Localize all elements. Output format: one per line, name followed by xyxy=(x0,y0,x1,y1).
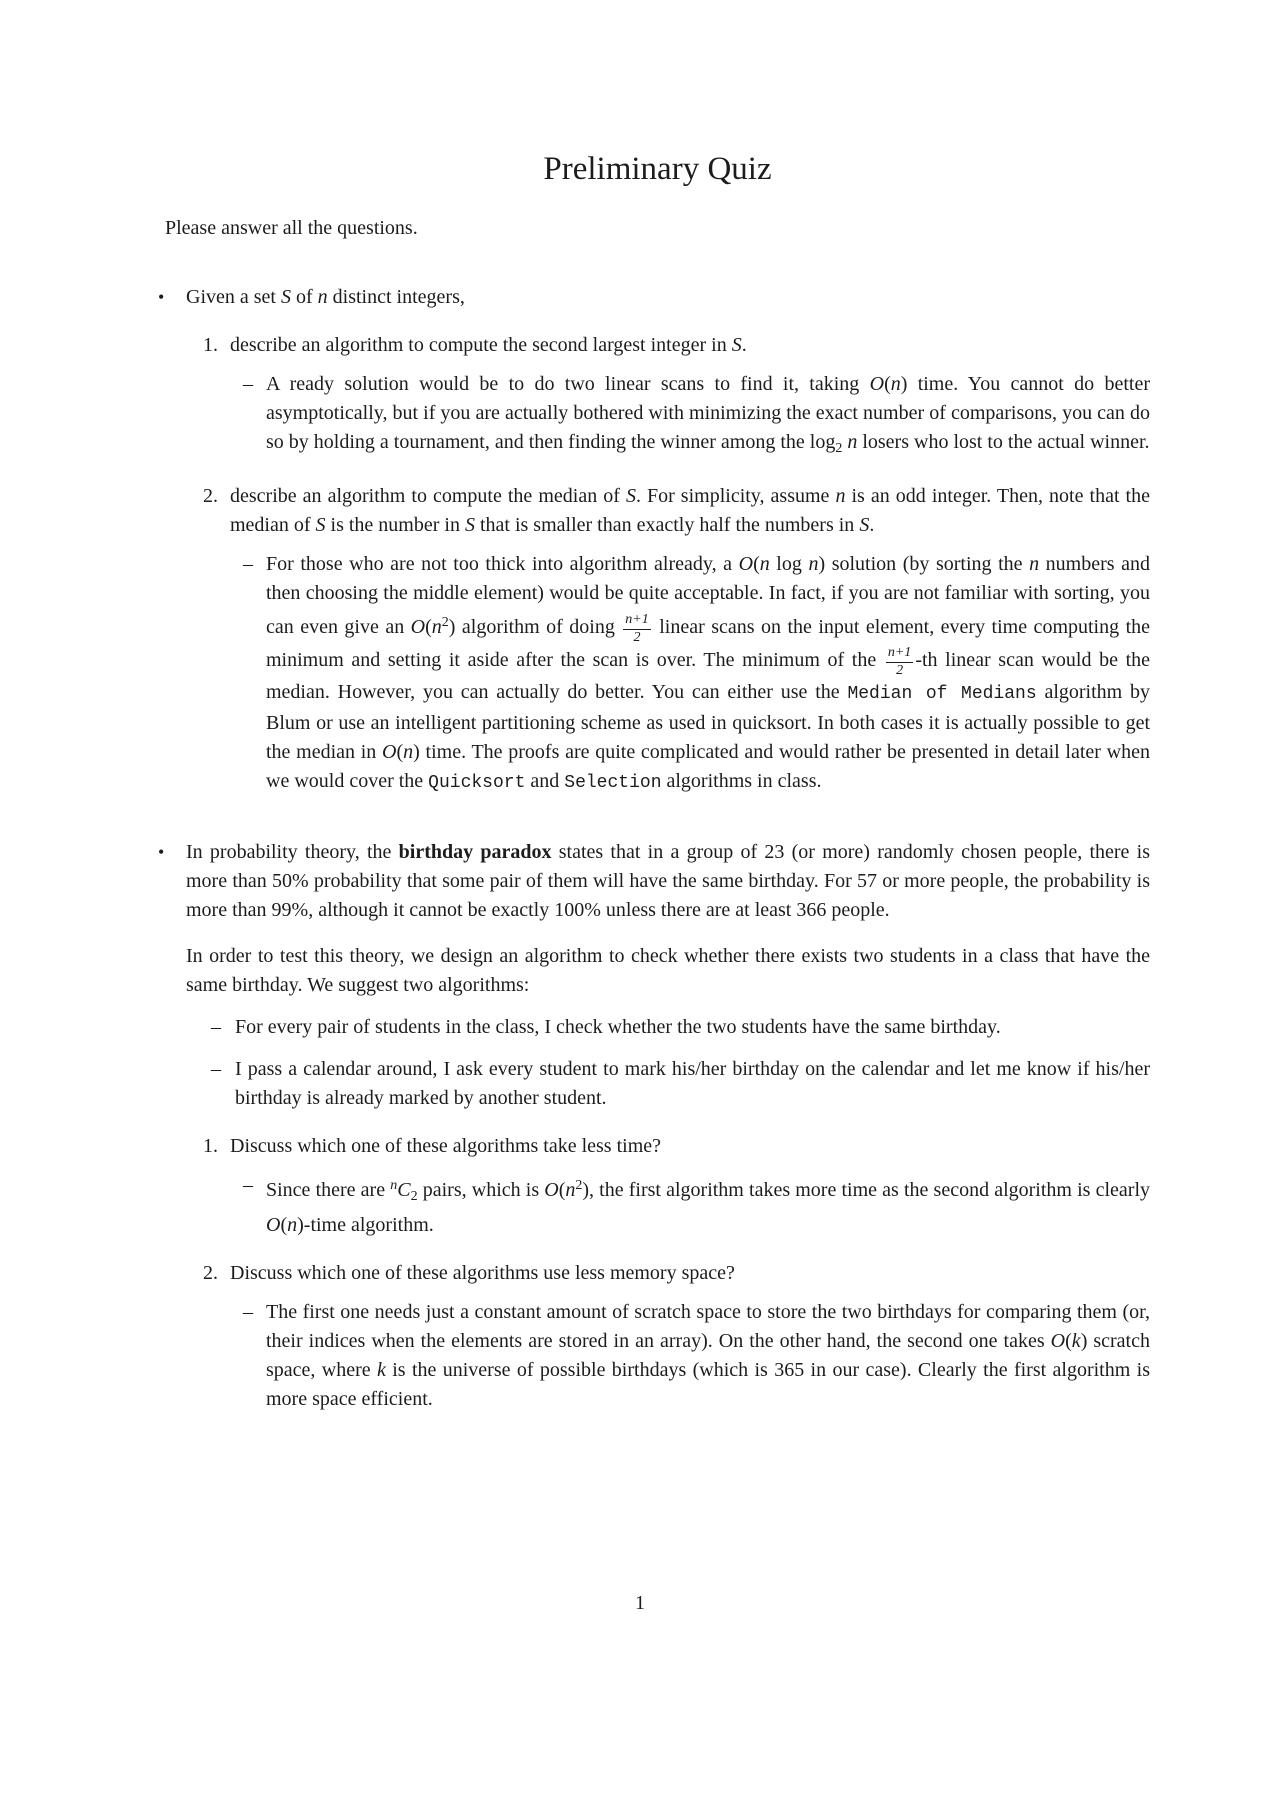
inline-fraction: n+12 xyxy=(886,646,913,678)
math-text: S xyxy=(316,514,326,536)
page-number: 1 xyxy=(0,1592,1280,1615)
numbered-item: 1.Discuss which one of these algorithms … xyxy=(165,1132,1150,1161)
dash-item: –For those who are not too thick into al… xyxy=(165,550,1150,798)
math-text: n xyxy=(287,1214,297,1236)
math-text: 2 xyxy=(442,615,449,630)
math-text: S xyxy=(732,334,742,356)
dash-marker: – xyxy=(243,1171,253,1200)
item-number: 1. xyxy=(203,331,218,360)
text-column: Preliminary Quiz Please answer all the q… xyxy=(165,0,1150,1414)
math-text: k xyxy=(1072,1330,1081,1352)
dash-item: –Since there are nC2 pairs, which is O(n… xyxy=(165,1171,1150,1240)
math-text: O xyxy=(382,741,396,763)
intro-paragraph: Please answer all the questions. xyxy=(165,214,1150,243)
dash-item: –I pass a calendar around, I ask every s… xyxy=(165,1055,1150,1113)
dash-marker: – xyxy=(243,550,253,579)
math-text: O xyxy=(739,553,753,575)
math-text: n xyxy=(403,741,413,763)
item-number: 1. xyxy=(203,1132,218,1161)
bullet-marker: • xyxy=(158,283,164,312)
math-text: k xyxy=(377,1359,386,1381)
math-text: n xyxy=(318,286,328,308)
math-text: O xyxy=(266,1214,280,1236)
code-text: Quicksort xyxy=(428,773,525,793)
math-text: S xyxy=(281,286,291,308)
numbered-item: 2.Discuss which one of these algorithms … xyxy=(165,1259,1150,1288)
math-text: O xyxy=(870,373,884,395)
math-text: 2 xyxy=(575,1178,582,1193)
document-body: •Given a set S of n distinct integers,1.… xyxy=(165,283,1150,1414)
bullet-item: •Given a set S of n distinct integers, xyxy=(165,283,1150,312)
math-text: n xyxy=(432,616,442,638)
dash-item: –For every pair of students in the class… xyxy=(165,1013,1150,1042)
dash-marker: – xyxy=(211,1013,221,1042)
math-text: n xyxy=(847,431,857,453)
dash-marker: – xyxy=(211,1055,221,1084)
dash-marker: – xyxy=(243,370,253,399)
math-text: n xyxy=(891,373,901,395)
math-text: O xyxy=(1051,1330,1065,1352)
math-text: O xyxy=(411,616,425,638)
page-title: Preliminary Quiz xyxy=(165,150,1150,188)
bullet-item: •In probability theory, the birthday par… xyxy=(165,838,1150,925)
math-text: n xyxy=(565,1179,575,1201)
item-number: 2. xyxy=(203,482,218,511)
code-text: Selection xyxy=(564,773,661,793)
math-text: C xyxy=(397,1179,410,1201)
math-text: n xyxy=(1029,553,1039,575)
numbered-item: 2.describe an algorithm to compute the m… xyxy=(165,482,1150,540)
inline-fraction: n+12 xyxy=(623,613,650,645)
math-text: birthday paradox xyxy=(399,841,552,863)
math-text: n xyxy=(760,553,770,575)
math-text: S xyxy=(465,514,475,536)
paragraph: In order to test this theory, we design … xyxy=(165,942,1150,1000)
item-number: 2. xyxy=(203,1259,218,1288)
dash-item: –A ready solution would be to do two lin… xyxy=(165,370,1150,463)
dash-marker: – xyxy=(243,1298,253,1327)
math-text: 2 xyxy=(411,1189,418,1204)
math-text: n xyxy=(835,485,845,507)
math-text: O xyxy=(544,1179,558,1201)
numbered-item: 1.describe an algorithm to compute the s… xyxy=(165,331,1150,360)
bullet-marker: • xyxy=(158,838,164,867)
document-page: Preliminary Quiz Please answer all the q… xyxy=(0,0,1280,1811)
math-text: n xyxy=(808,553,818,575)
math-text: S xyxy=(626,485,636,507)
dash-item: –The first one needs just a constant amo… xyxy=(165,1298,1150,1414)
math-text: S xyxy=(859,514,869,536)
math-text: 2 xyxy=(835,441,842,456)
code-text: Median of Medians xyxy=(847,684,1036,704)
